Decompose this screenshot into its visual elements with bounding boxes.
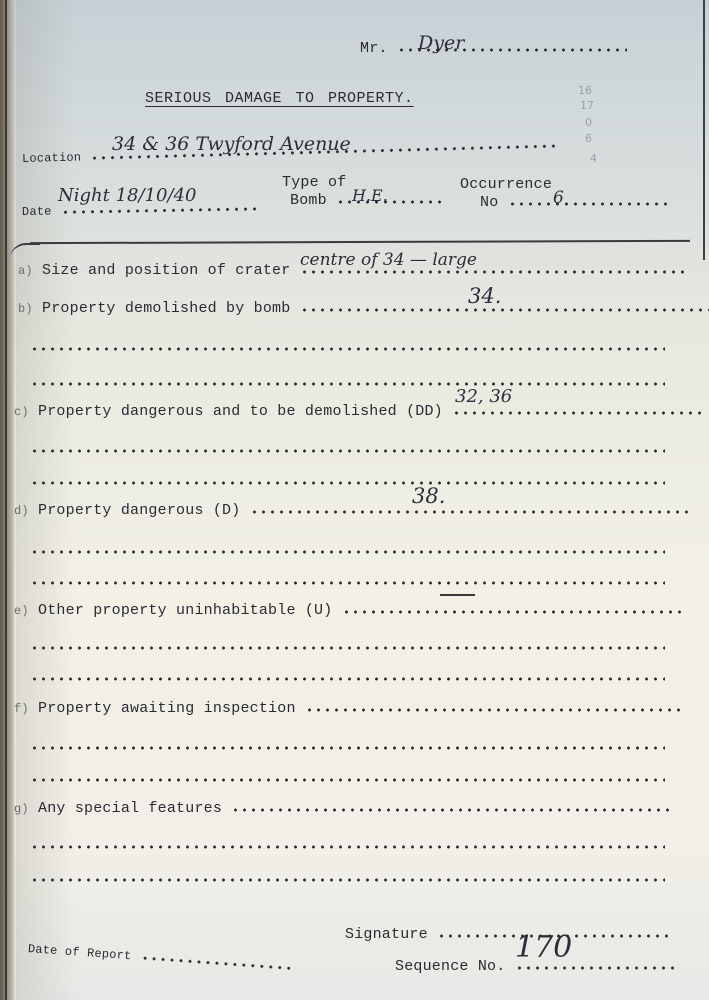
dotted-line — [30, 581, 665, 585]
sequence-label: Sequence No. — [395, 958, 505, 975]
dotted-leader — [300, 270, 690, 274]
officer-label: Mr. — [360, 40, 388, 57]
section-b: b) Property demolished by bomb — [18, 300, 709, 317]
section-divider — [30, 240, 690, 244]
date-value: Night 18/10/40 — [58, 185, 196, 206]
bomb-type-label-2: Bomb — [290, 192, 327, 209]
location-label: Location — [22, 150, 82, 166]
dotted-leader — [231, 808, 671, 812]
section-marker: e) — [14, 604, 29, 618]
dotted-leader — [342, 610, 682, 614]
dotted-line — [30, 550, 665, 554]
section-label: Property demolished by bomb — [42, 300, 290, 317]
occurrence-value: 6 — [553, 188, 564, 208]
section-g: g) Any special features — [14, 800, 671, 817]
section-marker: d) — [14, 504, 29, 518]
date-label: Date — [22, 204, 52, 219]
section-label: Property awaiting inspection — [38, 700, 296, 717]
pencil-note: 0 — [585, 116, 592, 129]
page-binding — [0, 0, 16, 1000]
section-marker: a) — [18, 264, 33, 278]
signature-line: Signature — [345, 926, 672, 943]
dotted-line — [30, 382, 665, 386]
section-marker: f) — [14, 702, 29, 716]
dotted-leader — [250, 510, 690, 514]
officer-value: Dyer — [418, 32, 464, 54]
page-right-edge — [703, 0, 705, 260]
section-label: Size and position of crater — [42, 262, 290, 279]
occurrence-line: No — [480, 194, 668, 211]
dotted-line — [30, 449, 665, 453]
binding-edge — [5, 0, 7, 1000]
section-b-value: 34. — [468, 284, 501, 308]
occurrence-label-2: No — [480, 194, 498, 211]
section-marker: c) — [14, 405, 29, 419]
sequence-value: 170 — [515, 930, 572, 965]
dotted-line — [30, 746, 665, 750]
dotted-leader — [508, 202, 668, 206]
pen-stroke — [440, 594, 475, 596]
dotted-line — [30, 778, 665, 782]
occurrence-label-1: Occurrence — [460, 176, 552, 193]
dotted-leader — [515, 966, 680, 970]
dotted-line — [30, 481, 665, 485]
form-title: SERIOUS DAMAGE TO PROPERTY. — [145, 90, 414, 107]
dotted-line — [30, 845, 665, 849]
section-label: Property dangerous and to be demolished … — [38, 403, 443, 420]
section-c-value: 32, 36 — [455, 386, 512, 407]
section-marker: b) — [18, 302, 33, 316]
dotted-line — [30, 646, 665, 650]
section-label: Property dangerous (D) — [38, 502, 240, 519]
section-d-value: 38. — [412, 484, 445, 508]
signature-label: Signature — [345, 926, 428, 943]
dotted-line — [30, 347, 665, 351]
dotted-line — [30, 878, 665, 882]
section-label: Any special features — [38, 800, 222, 817]
officer-line: Mr. — [360, 40, 627, 57]
dotted-leader — [300, 308, 709, 312]
section-d: d) Property dangerous (D) — [14, 502, 690, 519]
dotted-leader — [305, 708, 685, 712]
section-label: Other property uninhabitable (U) — [38, 602, 332, 619]
dotted-leader — [452, 411, 702, 415]
section-a-value: centre of 34 — large — [300, 250, 477, 270]
pencil-note: 16 — [578, 84, 592, 97]
section-f: f) Property awaiting inspection — [14, 700, 685, 717]
bomb-type-label-1: Type of — [282, 174, 346, 191]
section-marker: g) — [14, 802, 29, 816]
location-value: 34 & 36 Twyford Avenue — [112, 133, 351, 155]
pencil-note: 6 — [585, 132, 592, 145]
section-e: e) Other property uninhabitable (U) — [14, 602, 682, 619]
dotted-line — [30, 677, 665, 681]
section-c: c) Property dangerous and to be demolish… — [14, 403, 702, 420]
bomb-type-value: H.E. — [352, 186, 388, 205]
pencil-note: 17 — [580, 99, 594, 112]
dotted-leader — [140, 956, 290, 970]
pencil-note: 4 — [590, 152, 597, 165]
dotted-leader — [61, 207, 261, 214]
